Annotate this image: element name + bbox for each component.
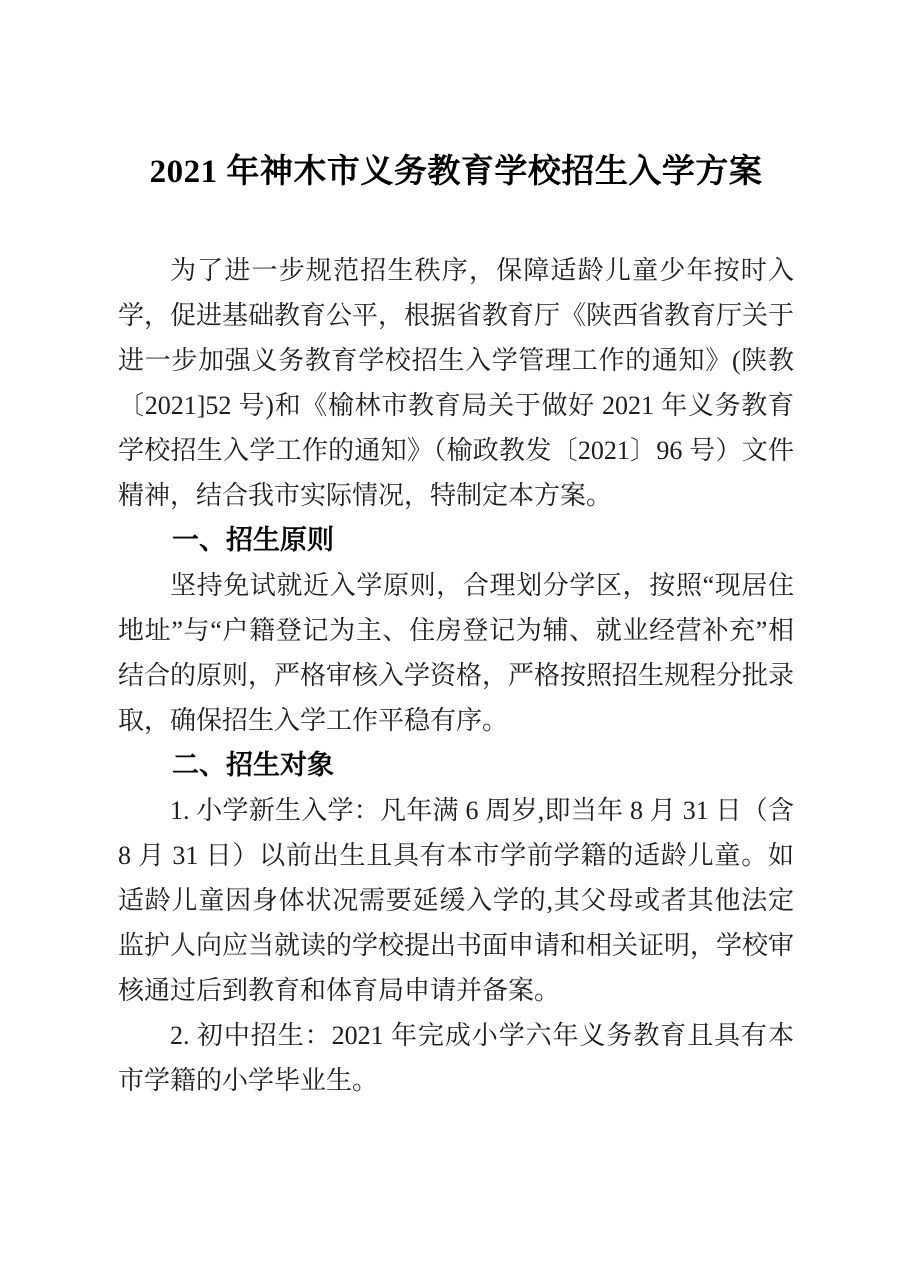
section-1-paragraph: 坚持免试就近入学原则，合理划分学区，按照“现居住地址”与“户籍登记为主、住房登记… bbox=[118, 563, 794, 743]
document-body: 为了进一步规范招生秩序，保障适龄儿童少年按时入学，促进基础教育公平，根据省教育厅… bbox=[118, 248, 794, 1103]
section-2-heading: 二、招生对象 bbox=[118, 743, 794, 788]
intro-paragraph: 为了进一步规范招生秩序，保障适龄儿童少年按时入学，促进基础教育公平，根据省教育厅… bbox=[118, 248, 794, 518]
section-1-heading: 一、招生原则 bbox=[118, 518, 794, 563]
document-title: 2021 年神木市义务教育学校招生入学方案 bbox=[118, 148, 794, 196]
section-2-item-1: 1. 小学新生入学：凡年满 6 周岁,即当年 8 月 31 日（含 8 月 31… bbox=[118, 788, 794, 1013]
section-2-item-2: 2. 初中招生：2021 年完成小学六年义务教育且具有本市学籍的小学毕业生。 bbox=[118, 1013, 794, 1103]
document-page: 2021 年神木市义务教育学校招生入学方案 为了进一步规范招生秩序，保障适龄儿童… bbox=[0, 0, 900, 1273]
